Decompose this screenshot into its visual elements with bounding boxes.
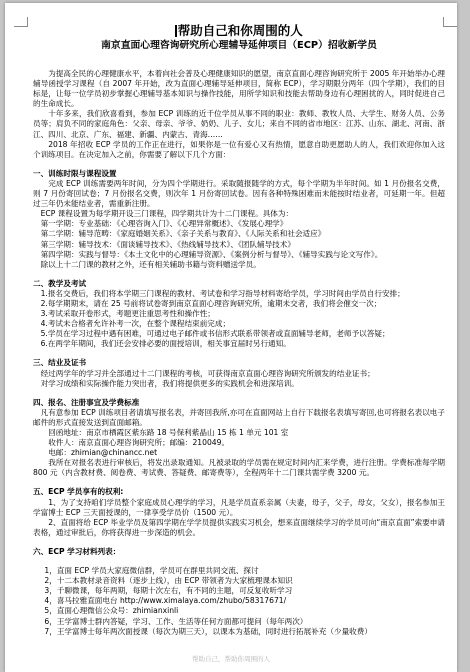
list-item: 1、为了支持咱们学员整个家庭成员心理学的学习，凡是学员直系亲属（夫妻，母子，父子… [33,498,445,518]
list-item: 6，王学富博士群内答疑，学习、工作、生活等任何方面都可提问（每年两次） [33,617,445,627]
addressee-and-postcode: 收件人：南京直面心理咨询研究所；邮编：210049。 [33,438,445,448]
list-item: 5.学员在学习过程中遇有困难，可通过电子邮件或书信形式联系带领者或直面辅导老师，… [33,329,445,339]
text-cursor [175,25,177,37]
section-paragraph: 除以上十二门课的教材之外，还有相关辅助书籍与资料赠送学员。 [33,260,445,270]
doc-title-text: 帮助自己和你周围的人 [178,23,303,38]
section-paragraph: 第三学期：辅导技术：《面谈辅导技术》、《热线辅导技术》、《团队辅导技术》 [33,240,445,250]
list-item: 4.考试未合格者允许补考一次，在整个课程结束前完成； [33,319,445,329]
section-paragraph: 第一学期：专业基础：《心理咨询入门》、《心理异常概述》、《发展心理学》 [33,219,445,229]
section-heading: 四、报名、注册事宜及学费标准 [33,398,445,408]
list-item: 2，十二本教材录音资料（逐步上线），由 ECP 带领者为大家梳理课本知识 [33,576,445,586]
section-paragraph: ECP 课程设置为每学期开设三门课程，四学期共计为十二门课程。具体为： [33,209,445,219]
list-item: 1，直面 ECP 学员大家庭微信群，学员可在群里共同交流、探讨 [33,566,445,576]
section-paragraph: 我所在对报名表进行审核后，将发出录取通知。凡被录取的学员需在规定时间内汇来学费，… [33,458,445,478]
doc-subtitle: 南京直面心理咨询研究所心理辅导延伸项目（ECP）招收新学员 [33,40,445,52]
list-item: 1.报名交费后，我们将本学期三门课程的教材、考试卷和学习指导材料寄给学员，学习时… [33,289,445,299]
list-item: 5，直面心理微信公众号：zhimianxinli [33,606,445,616]
margin-crop-mark-top-left-icon [14,17,28,27]
mailing-address: 回函地址：南京市栖霞区紫东路 18 号保利紫晶山 15 栋 1 单元 101 室 [33,428,445,438]
section-heading: 一、训练时限与课程设置 [33,169,445,179]
section-paragraph: 对学习成绩和实际操作能力突出者，我们将提供更多的实践机会和进深培训。 [33,379,445,389]
intro-paragraph: 十年多来，我们欣喜看到，参加 ECP 训练的近千位学员从事不同的职业：教师、教牧… [33,109,445,139]
section-paragraph: 经过两学年的学习并全部通过十二门课程的考核，可获得南京直面心理咨询研究所颁发的结… [33,369,445,379]
intro-paragraph: 为提高全民的心理健康水平，本着向社会普及心理健康知识的愿望，南京直面心理咨询研究… [33,69,445,109]
section-heading: 二、教学及考试 [33,279,445,289]
section-paragraph: 凡有意参加 ECP 训练项目者请填写报名表，并寄回我所,亦可在直面网站上自行下载… [33,408,445,428]
section-heading: 三、结业及证书 [33,358,445,368]
list-item: 7，王学富博士每年两次面授课（每次为期三天），以课本为基础，同时进行拓展补充（少… [33,627,445,637]
section-paragraph: 第二学期：辅导范畴：《家庭婚姻关系》、《亲子关系与教育》、《人际关系和社会适应》 [33,229,445,239]
page-footer-text: 帮助自己，帮助你周围的人 [5,655,457,663]
section-paragraph: 完成 ECP 训练需要两年时间，分为四个学期进行。采取随报随学的方式，每个学期为… [33,179,445,209]
margin-crop-mark-top-right-icon [443,17,457,27]
list-item: 6.在两学年期间，我们还会安排必要的面授培训，相关事宜届时另行通知。 [33,339,445,349]
email-address: 电邮：zhimian@chinancc.net [33,448,445,458]
list-item: 3.考试采取开卷形式，考题更注重思考性和操作性； [33,309,445,319]
list-item: 3，千聊微课，每年两期，每期十次左右，有不同的主题，可反复收听学习 [33,586,445,596]
list-item: 2、直面将给 ECP 毕业学员及第四学期在学学员提供实践实习机会，想来直面继续学… [33,518,445,538]
section-heading: 五、ECP 学员享有的权利: [33,487,445,497]
doc-title: 帮助自己和你周围的人 [33,23,445,38]
document-viewport: 帮助自己和你周围的人 南京直面心理咨询研究所心理辅导延伸项目（ECP）招收新学员… [0,0,470,672]
intro-paragraph: 2018 年招收 ECP 学员的工作正在进行，如果你是一位有爱心又有热情，愿意自… [33,140,445,160]
document-page: 帮助自己和你周围的人 南京直面心理咨询研究所心理辅导延伸项目（ECP）招收新学员… [5,3,457,672]
document-content: 帮助自己和你周围的人 南京直面心理咨询研究所心理辅导延伸项目（ECP）招收新学员… [33,23,445,637]
list-item: 4，喜马拉雅直面电台 http://www.ximalaya.com/zhubo… [33,596,445,606]
list-item: 2.每学期期末，请在 25 号前将试卷寄到南京直面心理咨询研究所，逾期未交者，我… [33,299,445,309]
section-paragraph: 第四学期：实践与督导：《本土文化中的心理辅导资源》、《案例分析与督导》、《辅导实… [33,250,445,260]
section-heading: 六、ECP 学习材料列表： [33,547,445,557]
